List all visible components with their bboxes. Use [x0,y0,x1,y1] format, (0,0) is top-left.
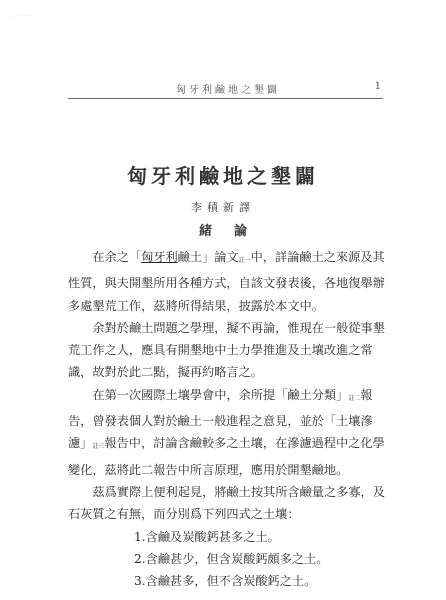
footnote-marker: 註一 [239,257,251,264]
header-rule [68,98,383,99]
paragraph-4: 茲爲實際上便利起見，將鹼土按其所含鹼量之多寡，及石灰質之有無，而分別爲下列四式之… [68,481,386,526]
body-text: 在余之「匈牙利鹼土」論文註一中，詳論鹼土之來源及其性質，與夫開墾所用各種方式，自… [68,246,386,592]
paragraph-1: 在余之「匈牙利鹼土」論文註一中，詳論鹼土之來源及其性質，與夫開墾所用各種方式，自… [68,246,386,317]
list-item: 1.含鹼及炭酸鈣甚多之土。 [134,526,386,548]
running-title: 匈牙利鹼地之墾闢 [176,81,280,96]
text-run: 報告中，討論含鹼較多之土壤，在滲濾過程中之化學變化，茲將此二報告中所言原理，應用… [68,436,385,476]
section-heading: 緒論 [0,220,446,239]
paragraph-3: 在第一次國際土壤學會中，余所提「鹼土分類」註二報告，曾發表個人對於鹼土一般進程之… [68,384,386,481]
text-run: 在第一次國際土壤學會中，余所提「鹼土分類」 [92,388,348,402]
article-title: 匈牙利鹼地之墾闢 [0,160,446,189]
list-item: 2.含鹼甚少，但含炭酸鈣頗多之土。 [134,548,386,570]
page-number: 1 [375,81,381,92]
text-run: 鹼土」論文 [178,250,239,264]
soil-type-list: 1.含鹼及炭酸鈣甚多之土。 2.含鹼甚少，但含炭酸鈣頗多之土。 3.含鹼甚多，但… [68,526,386,593]
text-run: 在余之「 [92,250,141,264]
footnote-marker: 註三 [92,443,104,450]
underlined-term: 匈牙利 [141,250,178,264]
list-item: 3.含鹼甚多，但不含炭酸鈣之土。 [134,570,386,592]
translator-byline: 李積新譯 [0,199,446,215]
footnote-marker: 註二 [348,395,360,402]
paragraph-2: 余對於鹼土問題之學理，擬不再論，惟現在一般從事墾荒工作之人，應具有開墾地中土力學… [68,317,386,384]
library-stamp: ···· ·········· [6,12,33,19]
running-head: 匈牙利鹼地之墾闢 1 [68,81,383,97]
